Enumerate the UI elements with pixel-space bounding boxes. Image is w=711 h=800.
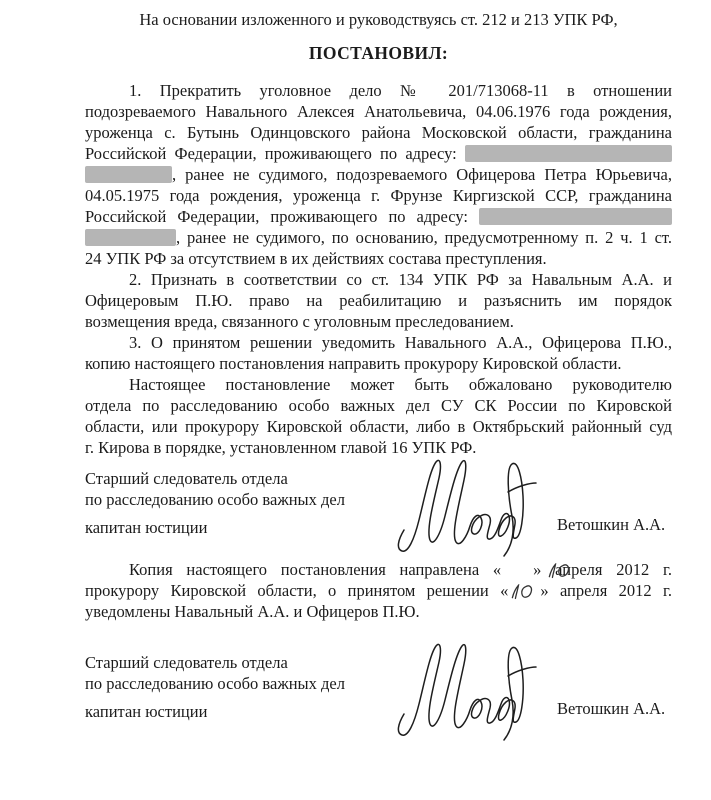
text-line: уроженца с. Бутынь Одинцовского района М… (85, 122, 672, 143)
redaction-bar (479, 208, 672, 225)
signatory-name: Ветошкин А.А. (557, 514, 665, 535)
signatory-rank: капитан юстиции (85, 517, 207, 538)
text-line: уведомлены Навальный А.А. и Офицеров П.Ю… (85, 601, 672, 622)
paragraph-item-3: 3. О принятом решении уведомить Навально… (85, 332, 672, 374)
resolution-heading: ПОСТАНОВИЛ: (85, 43, 672, 64)
text-line: копию настоящего постановления направить… (85, 353, 672, 374)
text-line: возмещения вреда, связанного с уголовным… (85, 311, 672, 332)
text-line: Офицеровым П.Ю. право на реабилитацию и … (85, 290, 672, 311)
document-body: На основании изложенного и руководствуяс… (85, 0, 672, 722)
signature-block-2: Старший следователь отдела по расследова… (85, 652, 672, 722)
paragraph-appeal-clause: Настоящее постановление может быть обжал… (85, 374, 672, 458)
text-line: 2. Признать в соответствии со ст. 134 УП… (85, 269, 672, 290)
text-line: 3. О принятом решении уведомить Навально… (85, 332, 672, 353)
redaction-bar (85, 166, 172, 183)
signatory-title-line2: по расследованию особо важных дел (85, 673, 672, 694)
preamble-line: На основании изложенного и руководствуяс… (85, 9, 672, 30)
signatory-title-line1: Старший следователь отдела (85, 652, 672, 673)
handwritten-day-10 (508, 583, 536, 601)
signature-block-1: Старший следователь отдела по расследова… (85, 468, 672, 538)
scanned-resolution-document: На основании изложенного и руководствуяс… (0, 0, 711, 800)
paragraph-copy-sent-clause: Копия настоящего постановления направлен… (85, 559, 672, 622)
text-line: Настоящее постановление может быть обжал… (85, 374, 672, 395)
paragraph-item-1: 1. Прекратить уголовное дело № 201/71306… (85, 80, 672, 269)
paragraph-item-2: 2. Признать в соответствии со ст. 134 УП… (85, 269, 672, 332)
text-line: , ранее не судимого, по основанию, преду… (85, 227, 672, 248)
text-line: подозреваемого Навального Алексея Анатол… (85, 101, 672, 122)
signatory-title-line1: Старший следователь отдела (85, 468, 672, 489)
signatory-name: Ветошкин А.А. (557, 698, 665, 719)
text-line: прокурору Кировской области, о принятом … (85, 580, 672, 601)
handwritten-day-10 (545, 562, 573, 580)
text-line: Копия настоящего постановления направлен… (85, 559, 672, 580)
text-line: 04.05.1975 года рождения, уроженца г. Фр… (85, 185, 672, 206)
text-line: 1. Прекратить уголовное дело № 201/71306… (85, 80, 672, 101)
text-line: , ранее не судимого, подозреваемого Офиц… (85, 164, 672, 185)
text-line: Российской Федерации, проживающего по ад… (85, 143, 672, 164)
text-line: 24 УПК РФ за отсутствием в их действиях … (85, 248, 672, 269)
text-line: области, или прокурору Кировской области… (85, 416, 672, 437)
text-line: отдела по расследованию особо важных дел… (85, 395, 672, 416)
handwritten-day (508, 583, 540, 601)
signatory-title-line2: по расследованию особо важных дел (85, 489, 672, 510)
text-line: г. Кирова в порядке, установленном главо… (85, 437, 672, 458)
handwritten-day (501, 562, 533, 580)
redaction-bar (85, 229, 176, 246)
signatory-rank: капитан юстиции (85, 701, 207, 722)
redaction-bar (465, 145, 672, 162)
text-line: Российской Федерации, проживающего по ад… (85, 206, 672, 227)
